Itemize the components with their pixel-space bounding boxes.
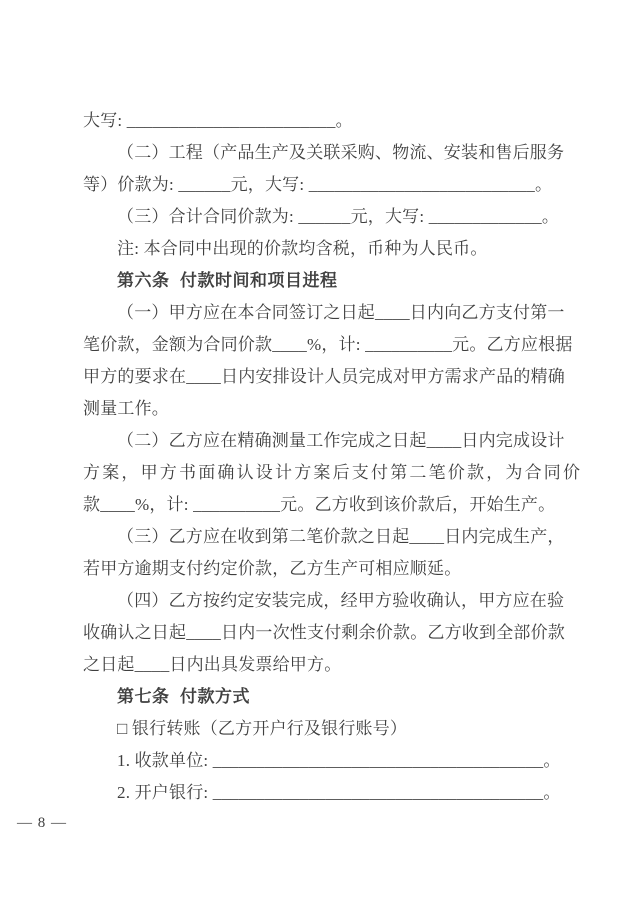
bank-name-line: 2. 开户银行: _______________________________… (83, 777, 561, 809)
clause-ii-project-price-line-1: （二）工程（产品生产及关联采购、物流、安装和售后服务 (83, 137, 561, 169)
article6-item3-line-2: 若甲方逾期支付约定价款，乙方生产可相应顺延。 (83, 553, 561, 585)
article-7-heading: 第七条 付款方式 (83, 681, 561, 713)
page-number: — 8 — (0, 813, 640, 833)
checkbox-icon: □ (117, 713, 127, 745)
bank-transfer-option-label: 银行转账（乙方开户行及银行账号） (127, 719, 407, 738)
article6-item4-line-3: 之日起____日内出具发票给甲方。 (83, 649, 561, 681)
article6-item1-line-2: 笔价款，金额为合同价款____%，计: __________元。乙方应根据 (83, 329, 561, 361)
contract-body: 大写: ________________________。 （二）工程（产品生产… (0, 0, 581, 809)
article6-item4-line-2: 收确认之日起____日内一次性支付剩余价款。乙方收到全部价款 (83, 617, 561, 649)
contract-page: 大写: ________________________。 （二）工程（产品生产… (0, 0, 640, 905)
article6-item2-line-2: 方案，甲方书面确认设计方案后支付第二笔价款，为合同价 (83, 457, 561, 489)
article-6-heading: 第六条 付款时间和项目进程 (83, 265, 561, 297)
article6-item3-line-1: （三）乙方应在收到第二笔价款之日起____日内完成生产， (83, 521, 561, 553)
clause-iii-total-price-line: （三）合计合同价款为: ______元，大写: _____________。 (83, 201, 561, 233)
article6-item4-line-1: （四）乙方按约定安装完成，经甲方验收确认，甲方应在验 (83, 585, 561, 617)
amount-in-words-line: 大写: ________________________。 (83, 105, 561, 137)
bank-transfer-option-line: □ 银行转账（乙方开户行及银行账号） (83, 713, 561, 745)
clause-ii-project-price-line-2: 等）价款为: ______元，大写: _____________________… (83, 169, 561, 201)
tax-note-line: 注: 本合同中出现的价款均含税，币种为人民币。 (83, 233, 561, 265)
article6-item1-line-4: 测量工作。 (83, 393, 561, 425)
article6-item1-line-3: 甲方的要求在____日内安排设计人员完成对甲方需求产品的精确 (83, 361, 561, 393)
article6-item2-line-1: （二）乙方应在精确测量工作完成之日起____日内完成设计 (83, 425, 561, 457)
payee-unit-line: 1. 收款单位: _______________________________… (83, 745, 561, 777)
article6-item1-line-1: （一）甲方应在本合同签订之日起____日内向乙方支付第一 (83, 297, 561, 329)
article6-item2-line-3: 款____%，计: __________元。乙方收到该价款后，开始生产。 (83, 489, 561, 521)
